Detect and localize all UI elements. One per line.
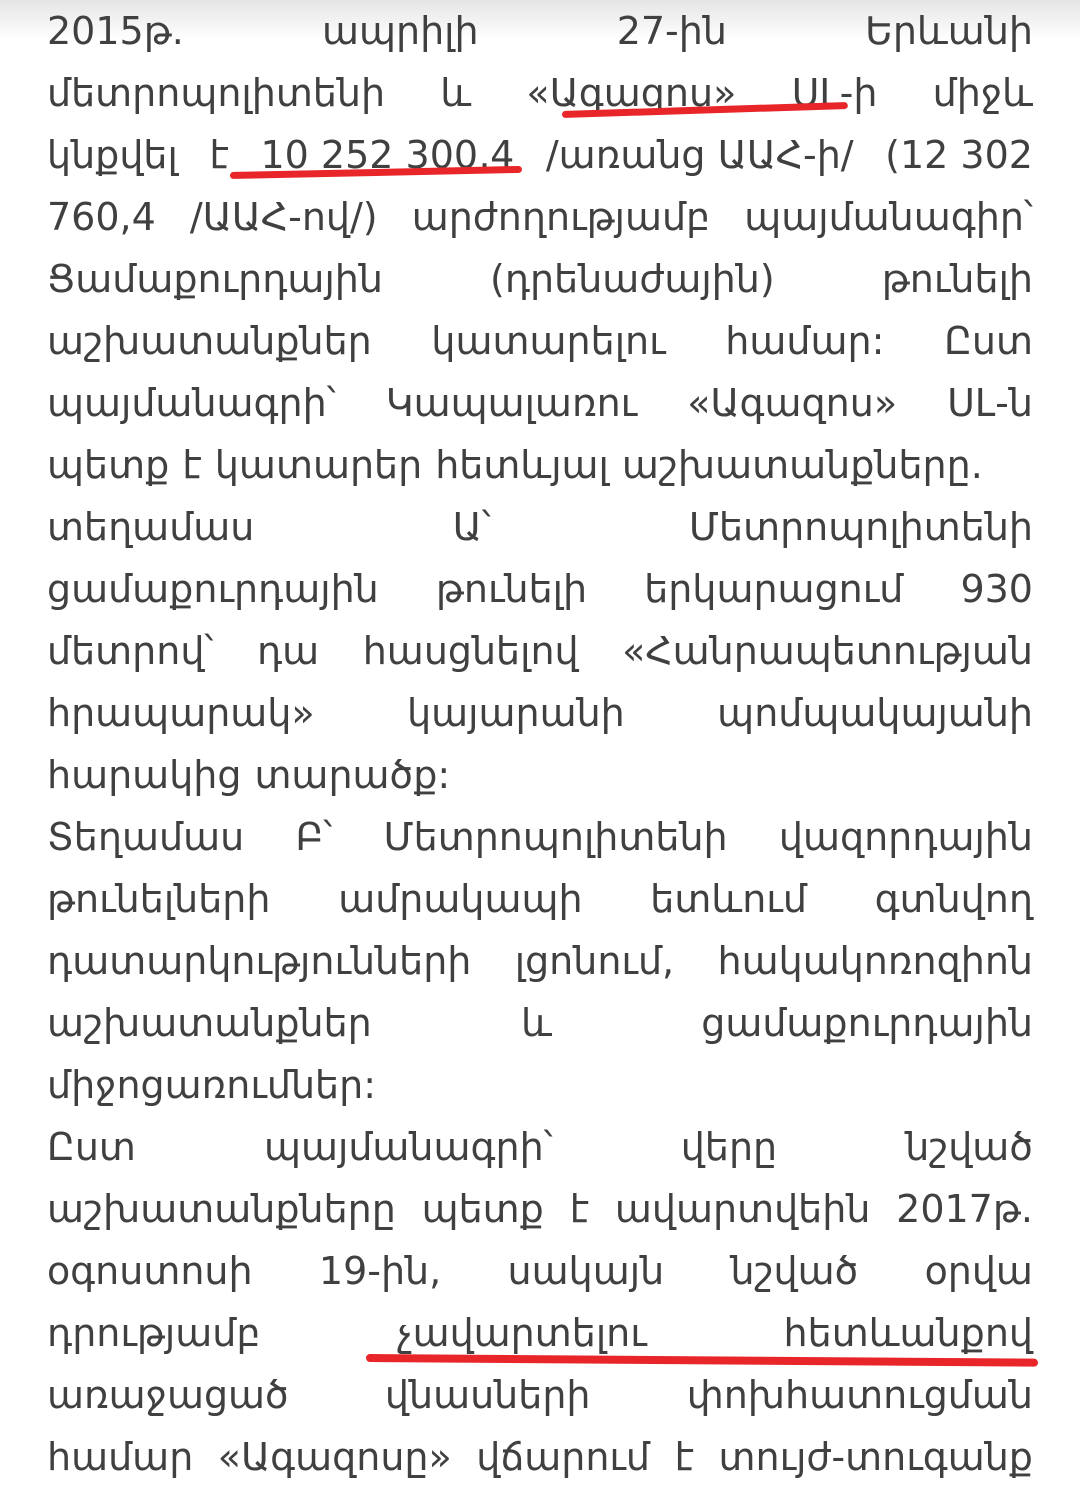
word: համար: <box>725 310 884 372</box>
word: առաջացած <box>47 1364 289 1426</box>
word: տույժ-տուգանք <box>719 1426 1033 1486</box>
text-line: Ըստպայմանագրի՝վերընշված <box>47 1116 1033 1178</box>
text-line: համար«Ագազոսը»վճարումէտույժ-տուգանք <box>47 1426 1033 1486</box>
word: 2017թ. <box>896 1178 1033 1240</box>
text-line: պայմանագրի՝Կապալառու«Ագազոս»ՍԼ-ն <box>47 372 1033 434</box>
word: պայմանագրի՝ <box>47 372 336 434</box>
text-line: հարակիցտարածք: <box>47 744 1033 806</box>
word: նշված <box>905 1116 1033 1178</box>
word: նշված <box>730 1240 858 1302</box>
word: տարածք: <box>254 744 450 806</box>
word: Բ՝ <box>295 806 332 868</box>
word: պայմանագիր՝ <box>744 186 1033 248</box>
word: է <box>674 1426 694 1486</box>
word: Երևանի <box>865 0 1033 62</box>
word: կատարելու <box>431 310 665 372</box>
word: մետրով՝ <box>47 620 213 682</box>
word: հակակոռոզիոն <box>718 930 1033 992</box>
word: համար <box>47 1426 193 1486</box>
text-line: հրապարակ»կայարանիպոմպակայանի <box>47 682 1033 744</box>
text-line: կնքվելէ10 252 300,4/առանց ԱԱՀ-ի/(12 302 <box>47 124 1033 186</box>
word: աշխատանքները. <box>622 434 983 496</box>
text-line: աշխատանքներկատարելուհամար:Ըստ <box>47 310 1033 372</box>
word: ՍԼ-ն <box>947 372 1033 434</box>
word: վնասների <box>385 1364 591 1426</box>
word: 760,4 <box>47 186 156 248</box>
word: թունելի <box>882 248 1033 310</box>
word: գտնվող <box>875 868 1033 930</box>
word: 2015թ. <box>47 0 184 62</box>
text-line: պետքէկատարերհետևյալաշխատանքները. <box>47 434 1033 496</box>
word: օրվա <box>925 1240 1033 1302</box>
word: մետրոպոլիտենի <box>47 62 385 124</box>
word: /ԱԱՀ-ով/) <box>190 186 378 248</box>
text-line: դատարկություններիլցոնում,հակակոռոզիոն <box>47 930 1033 992</box>
word: Ա՝ <box>453 496 491 558</box>
text-line: 760,4/ԱԱՀ-ով/)արժողությամբպայմանագիր՝ <box>47 186 1033 248</box>
word: փոխհատուցման <box>687 1364 1033 1426</box>
word: հրապարակ» <box>47 682 315 744</box>
word: «Ագազոսը» <box>218 1426 452 1486</box>
word: աշխատանքները <box>47 1178 396 1240</box>
text-line: 2015թ.ապրիլի27-ինԵրևանի <box>47 0 1033 62</box>
word: 27-ին <box>617 0 727 62</box>
text-line: ցամաքուրդայինթունելիերկարացում930 <box>47 558 1033 620</box>
word: պոմպակայանի <box>717 682 1033 744</box>
text-line: թունելներիամրակապիետևումգտնվող <box>47 868 1033 930</box>
text-line: տեղամասԱ՝Մետրոպոլիտենի <box>47 496 1033 558</box>
word: վճարում <box>476 1426 650 1486</box>
word: (դրենաժային) <box>490 248 775 310</box>
word: ավարտվեին <box>615 1178 871 1240</box>
word: թունելի <box>436 558 587 620</box>
word: ամրակապի <box>338 868 582 930</box>
text-line: մետրով՝դահասցնելով«Հանրապետության <box>47 620 1033 682</box>
word: Ըստ <box>944 310 1033 372</box>
word: դատարկությունների <box>47 930 471 992</box>
word: արժողությամբ <box>412 186 710 248</box>
text-line: առաջացածվնասներիփոխհատուցման <box>47 1364 1033 1426</box>
word: ցամաքուրդային <box>47 558 379 620</box>
word: միջև <box>933 62 1033 124</box>
word: դա <box>257 620 319 682</box>
word: է <box>182 434 202 496</box>
word: «Հանրապետության <box>622 620 1033 682</box>
word: աշխատանքներ <box>47 310 372 372</box>
word: լցոնում, <box>515 930 674 992</box>
word: ՍԼ-ի <box>792 62 878 124</box>
word: /առանց ԱԱՀ-ի/ <box>546 124 854 186</box>
word: թունելների <box>47 868 270 930</box>
word: հետևյալ <box>435 434 609 496</box>
word: պետք <box>47 434 169 496</box>
word: միջոցառումներ: <box>47 1054 376 1116</box>
word: վազորդային <box>779 806 1033 868</box>
word: «Ագազոս» <box>687 372 897 434</box>
word: կայարանի <box>407 682 625 744</box>
word: պայմանագրի՝ <box>264 1116 553 1178</box>
word: Կապալառու <box>386 372 637 434</box>
word: վերը <box>681 1116 777 1178</box>
word: հարակից <box>47 744 241 806</box>
word: և <box>440 62 471 124</box>
text-line: Ցամաքուրդային(դրենաժային)թունելի <box>47 248 1033 310</box>
text-line: աշխատանքներևցամաքուրդային <box>47 992 1033 1054</box>
text-line: աշխատանքներըպետքէավարտվեին2017թ. <box>47 1178 1033 1240</box>
word: Մետրոպոլիտենի <box>384 806 728 868</box>
word: սակայն <box>508 1240 665 1302</box>
word: դրությամբ <box>47 1302 260 1364</box>
word: (12 302 <box>885 124 1033 186</box>
word: Մետրոպոլիտենի <box>689 496 1033 558</box>
word: կատարեր <box>215 434 422 496</box>
word: 930 <box>960 558 1033 620</box>
word: Ցամաքուրդային <box>47 248 383 310</box>
word: ետևում <box>650 868 807 930</box>
word: երկարացում <box>644 558 903 620</box>
text-line: ՏեղամասԲ՝Մետրոպոլիտենիվազորդային <box>47 806 1033 868</box>
text-line: օգոստոսի19-ին,սակայննշվածօրվա <box>47 1240 1033 1302</box>
word: ապրիլի <box>322 0 479 62</box>
word: հասցնելով <box>363 620 579 682</box>
word: տեղամաս <box>47 496 254 558</box>
word: է <box>209 124 229 186</box>
word: Տեղամաս <box>47 806 244 868</box>
text-line: մետրոպոլիտենիև«Ագազոս»ՍԼ-իմիջև <box>47 62 1033 124</box>
word: ցամաքուրդային <box>701 992 1033 1054</box>
word: և <box>521 992 552 1054</box>
word: կնքվել <box>47 124 178 186</box>
word: օգոստոսի <box>47 1240 253 1302</box>
word: է <box>570 1178 590 1240</box>
word: պետք <box>422 1178 544 1240</box>
word: 19-ին, <box>319 1240 441 1302</box>
word: Ըստ <box>47 1116 136 1178</box>
text-line: միջոցառումներ: <box>47 1054 1033 1116</box>
word: աշխատանքներ <box>47 992 372 1054</box>
word: հետևանքով <box>784 1302 1033 1364</box>
